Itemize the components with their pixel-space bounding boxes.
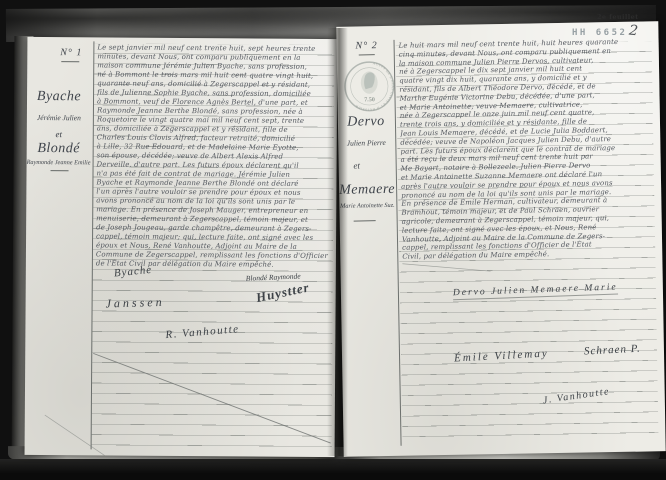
register-scan: N° 1 Byache Jérémie Julien et Blondé Ray… [0,0,666,480]
folio-number-stamp: HH 66522 [572,23,638,39]
binding-gutter-shadow [327,28,349,456]
right-page: N° 2 ACTES DE L'ÉTAT CIVIL ET D'HUISSIER… [336,21,665,457]
folio-number-value: HH 6652 [572,28,627,38]
scanner-bottom-shadow [0,459,666,480]
strike-through-lines [25,37,338,457]
handwritten-annotation: 2 [629,23,640,40]
flourish-line [336,21,665,457]
sheet-number-label: 2e feuillet [597,13,639,21]
left-page: N° 1 Byache Jérémie Julien et Blondé Ray… [25,37,338,457]
